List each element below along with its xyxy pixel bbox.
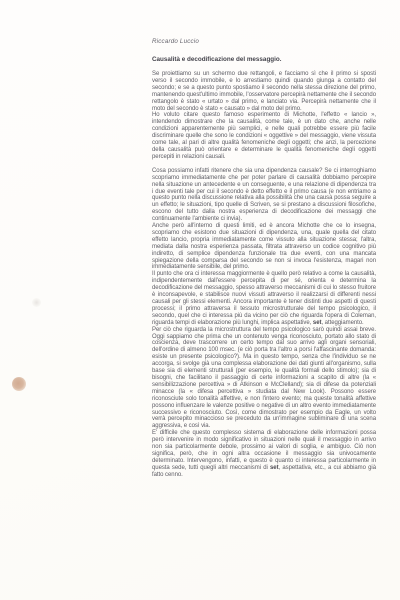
bold-term: set (270, 465, 279, 471)
text-run: Per ciò che riguarda la microstruttura d… (152, 327, 376, 430)
body-paragraph: Per ciò che riguarda la microstruttura d… (152, 327, 376, 431)
body-paragraph: Il punto che ora ci interessa maggiormen… (152, 271, 376, 326)
text-run: Ho voluto citare questo famoso esperimen… (152, 112, 376, 159)
scanned-page: Riccardo Luccio Causalità e decodificazi… (0, 0, 400, 600)
punch-hole-mark (12, 377, 26, 391)
article-body: Se proiettiamo su un schermo due rettang… (152, 71, 376, 479)
text-column: Riccardo Luccio Causalità e decodificazi… (152, 38, 376, 479)
body-paragraph: Se proiettiamo su un schermo due rettang… (152, 71, 376, 112)
text-run: Se proiettiamo su un schermo due rettang… (152, 71, 376, 112)
text-run: Il punto che ora ci interessa maggiormen… (152, 271, 376, 325)
text-run: , atteggiamento. (321, 320, 363, 326)
article-title: Causalità e decodificazione del messaggi… (152, 56, 376, 63)
text-run: Cosa possiamo infatti ritenere che sia u… (152, 168, 376, 222)
body-paragraph: Ho voluto citare questo famoso esperimen… (152, 112, 376, 160)
body-paragraph: Cosa possiamo infatti ritenere che sia u… (152, 168, 376, 223)
text-run: Anche però all'interno di questi limiti,… (152, 223, 376, 270)
faint-spot-mark (32, 298, 41, 307)
author-name: Riccardo Luccio (152, 38, 376, 45)
body-paragraph: E' difficile che questo complesso sistem… (152, 430, 376, 478)
body-paragraph: Anche però all'interno di questi limiti,… (152, 223, 376, 271)
